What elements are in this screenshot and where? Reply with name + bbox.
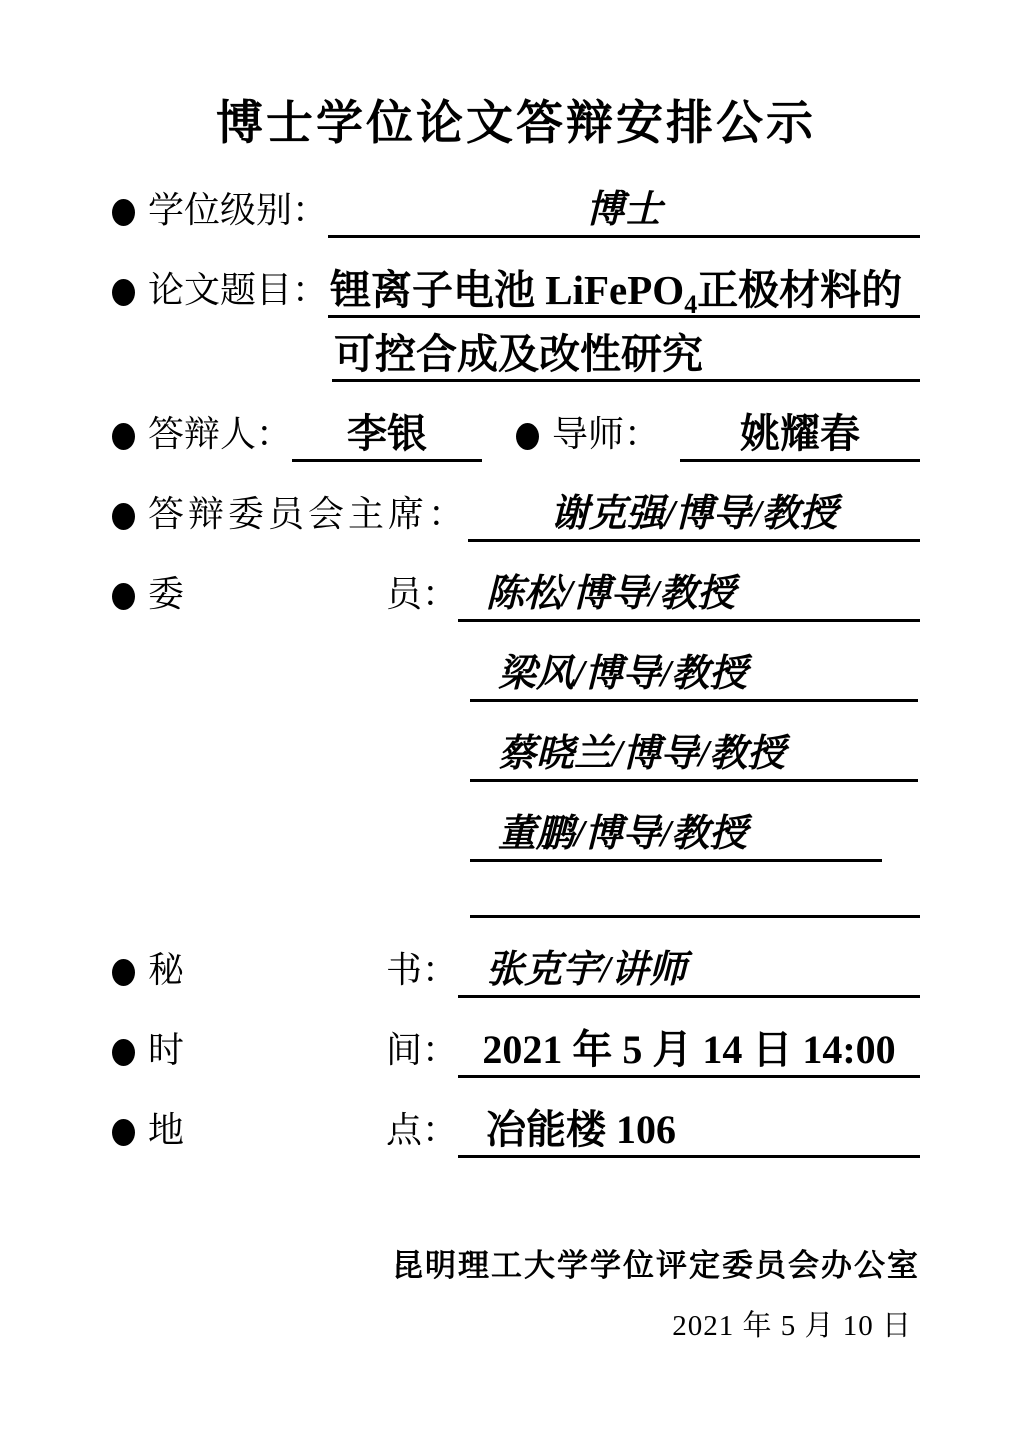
defender-field: 李银	[292, 406, 482, 462]
secretary-label-left: 秘	[148, 942, 184, 998]
document-page: 博士学位论文答辩安排公示 学位级别： 博士 论文题目： 锂离子电池 LiFePO…	[0, 0, 1024, 1448]
footer-organization: 昆明理工大学学位评定委员会办公室	[112, 1246, 920, 1286]
committee-member-row: 梁风/博导/教授	[112, 646, 920, 702]
committee-member-field-empty	[470, 862, 920, 918]
place-label: 地 点：	[148, 1102, 458, 1158]
thesis-title-row-line2: 可控合成及改性研究	[112, 326, 920, 382]
committee-label-right: 员：	[386, 566, 458, 622]
committee-member-field: 陈松/博导/教授	[458, 566, 920, 622]
committee-member-row: 董鹏/博导/教授	[112, 806, 920, 862]
secretary-label: 秘 书：	[148, 942, 458, 998]
bullet-icon	[112, 279, 135, 306]
committee-member-value: 陈松/博导/教授	[486, 573, 735, 615]
committee-member-value: 蔡晓兰/博导/教授	[498, 733, 785, 775]
bullet-icon	[112, 1039, 135, 1066]
committee-chair-value: 谢克强/博导/教授	[550, 493, 837, 535]
bullet-icon	[112, 959, 135, 986]
time-label-right: 间：	[386, 1022, 458, 1078]
degree-level-value: 博士	[586, 189, 662, 231]
degree-level-row: 学位级别： 博士	[112, 182, 920, 238]
bullet-icon	[112, 583, 135, 610]
secretary-row: 秘 书： 张克宇/讲师	[112, 942, 920, 998]
time-label-left: 时	[148, 1022, 184, 1078]
time-value: 2021 年 5 月 14 日 14:00	[482, 1027, 895, 1072]
defender-advisor-row: 答辩人： 李银 导师： 姚耀春	[112, 406, 920, 462]
secretary-field: 张克宇/讲师	[458, 942, 920, 998]
time-label: 时 间：	[148, 1022, 458, 1078]
committee-member-row: 蔡晓兰/博导/教授	[112, 726, 920, 782]
thesis-title-text: 正极材料的	[697, 267, 902, 313]
time-row: 时 间： 2021 年 5 月 14 日 14:00	[112, 1022, 920, 1078]
place-label-right: 点：	[386, 1102, 458, 1158]
thesis-title-subscript: 4	[684, 290, 697, 319]
advisor-field: 姚耀春	[680, 406, 920, 462]
committee-label: 委 员：	[148, 566, 458, 622]
bullet-icon	[112, 423, 135, 450]
committee-member-field: 梁风/博导/教授	[470, 646, 918, 702]
thesis-title-field-line1: 锂离子电池 LiFePO4正极材料的	[328, 262, 920, 318]
committee-label-left: 委	[148, 566, 184, 622]
defender-value: 李银	[347, 411, 427, 456]
committee-chair-label: 答辩委员会主席：	[148, 486, 468, 542]
bullet-icon	[112, 1119, 135, 1146]
advisor-value: 姚耀春	[740, 411, 860, 456]
thesis-title-field-line2: 可控合成及改性研究	[332, 326, 920, 382]
page-title: 博士学位论文答辩安排公示	[112, 88, 920, 158]
place-field: 冶能楼 106	[458, 1102, 920, 1158]
place-row: 地 点： 冶能楼 106	[112, 1102, 920, 1158]
degree-level-field: 博士	[328, 182, 920, 238]
committee-chair-field: 谢克强/博导/教授	[468, 486, 920, 542]
committee-chair-row: 答辩委员会主席： 谢克强/博导/教授	[112, 486, 920, 542]
bullet-icon	[516, 423, 539, 450]
thesis-title-text: 锂离子电池 LiFePO	[330, 267, 684, 313]
thesis-title-row: 论文题目： 锂离子电池 LiFePO4正极材料的	[112, 262, 920, 318]
time-field: 2021 年 5 月 14 日 14:00	[458, 1022, 920, 1078]
secretary-label-right: 书：	[386, 942, 458, 998]
committee-member-value: 梁风/博导/教授	[498, 653, 747, 695]
thesis-title-label: 论文题目：	[148, 262, 328, 318]
bullet-icon	[112, 199, 135, 226]
committee-member-field: 蔡晓兰/博导/教授	[470, 726, 918, 782]
defender-label: 答辩人：	[148, 406, 292, 462]
committee-member-row-empty	[112, 862, 920, 918]
committee-member-value: 董鹏/博导/教授	[498, 813, 747, 855]
degree-level-label: 学位级别：	[148, 182, 328, 238]
secretary-value: 张克宇/讲师	[486, 949, 687, 991]
bullet-icon	[112, 503, 135, 530]
place-value: 冶能楼 106	[486, 1107, 676, 1152]
committee-member-row: 委 员： 陈松/博导/教授	[112, 566, 920, 622]
advisor-label: 导师：	[552, 406, 660, 462]
place-label-left: 地	[148, 1102, 184, 1158]
committee-member-field: 董鹏/博导/教授	[470, 806, 882, 862]
footer-date: 2021 年 5 月 10 日	[112, 1306, 920, 1346]
